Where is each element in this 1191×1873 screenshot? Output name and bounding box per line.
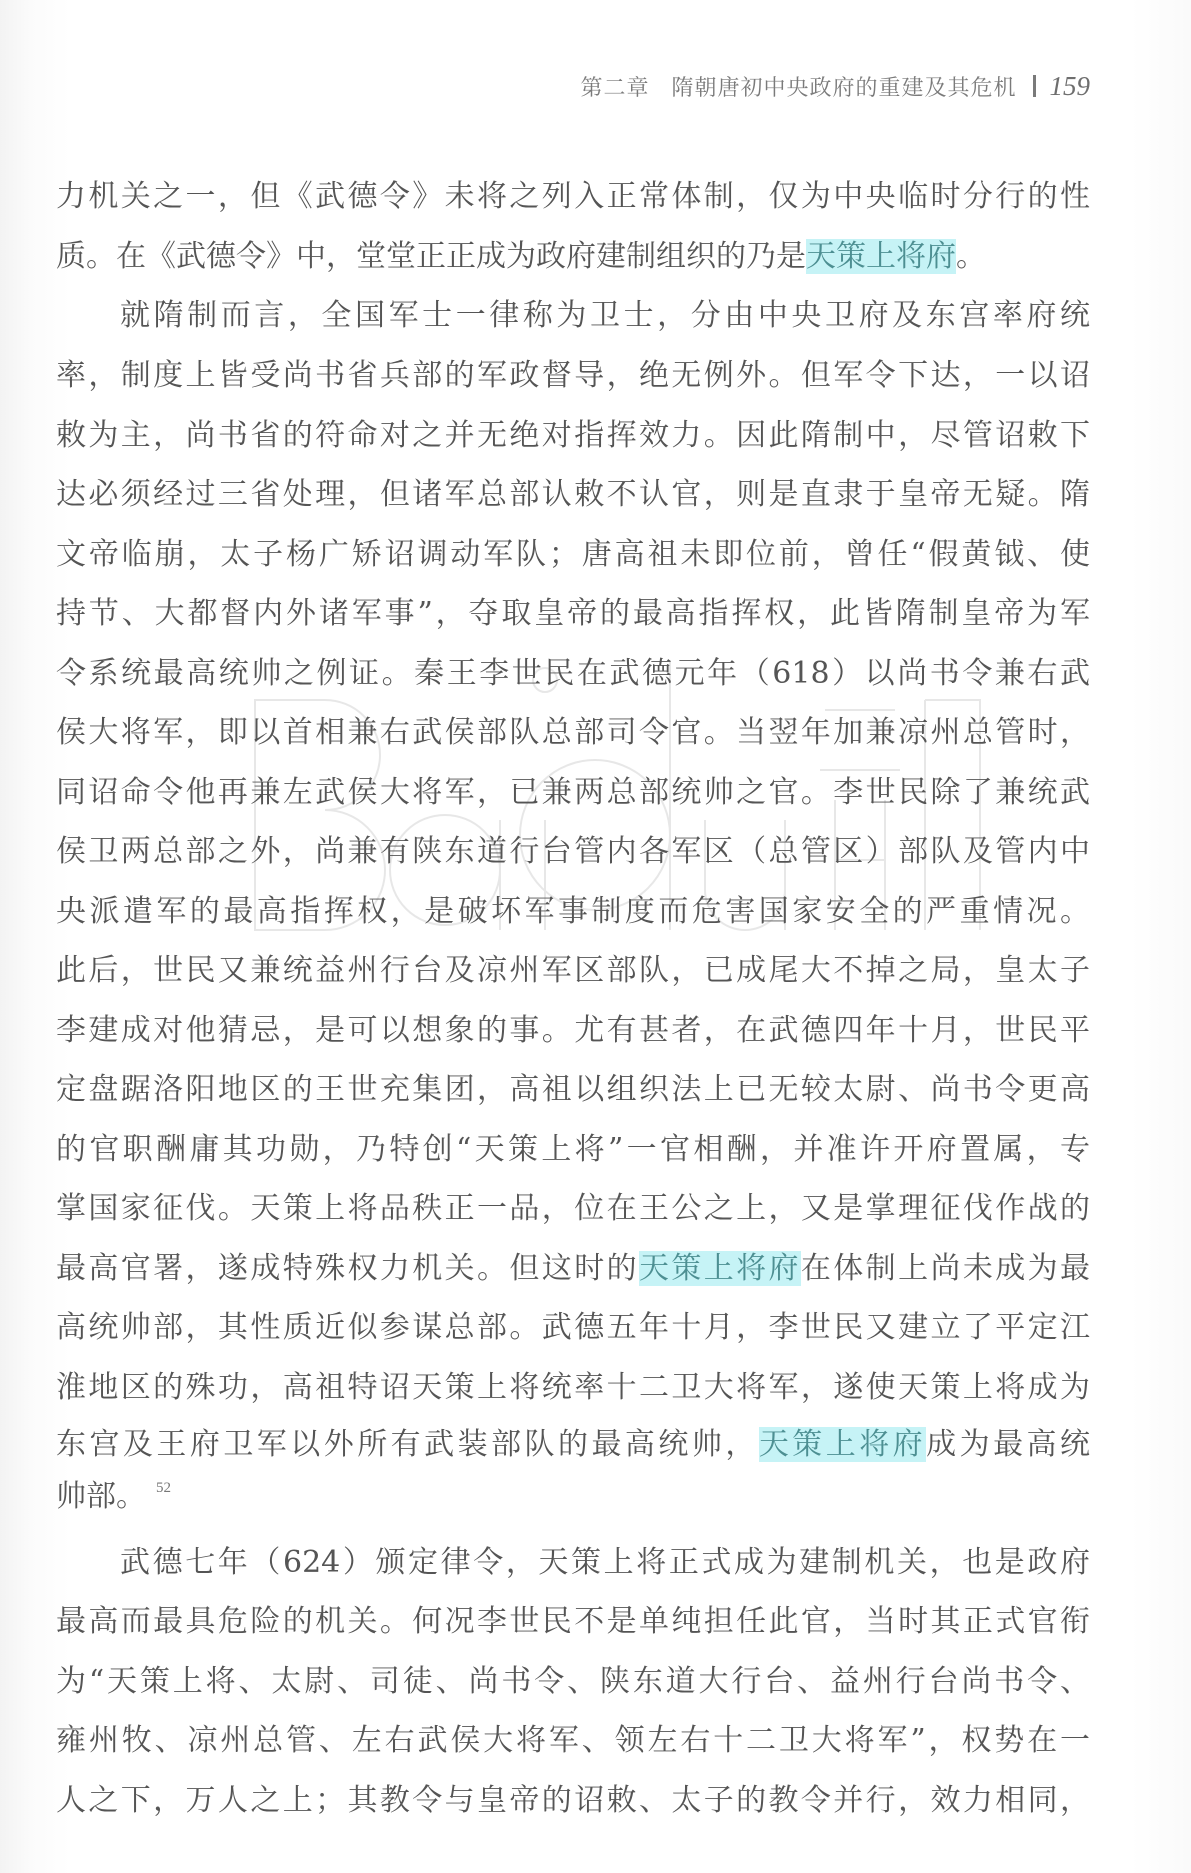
page-number: 159 bbox=[1050, 71, 1091, 102]
text-segment: 高统帅部，其性质近似参谋总部。武德五年十月，李世民又建立了平定江 bbox=[56, 1310, 1090, 1345]
text-segment: 人之下，万人之上；其教令与皇帝的诏敕、太子的教令并行，效力相同， bbox=[56, 1783, 1090, 1818]
highlighted-term: 天策上将府 bbox=[759, 1427, 926, 1462]
text-line: 文帝临崩，太子杨广矫诏调动军队；唐高祖未即位前，曾任“假黄钺、使 bbox=[56, 535, 1090, 575]
text-segment: 为“天策上将、太尉、司徒、尚书令、陕东道大行台、益州行台尚书令、 bbox=[56, 1664, 1090, 1699]
text-line: 最高而最具危险的机关。何况李世民不是单纯担任此官，当时其正式官衔 bbox=[56, 1602, 1090, 1642]
header-separator bbox=[1033, 75, 1036, 97]
text-line: 人之下，万人之上；其教令与皇帝的诏敕、太子的教令并行，效力相同， bbox=[56, 1781, 1090, 1821]
text-segment: 淮地区的殊功，高祖特诏天策上将统率十二卫大将军，遂使天策上将成为 bbox=[56, 1370, 1090, 1405]
text-line: 侯卫两总部之外，尚兼有陕东道行台管内各军区（总管区）部队及管内中 bbox=[56, 832, 1090, 872]
chapter-label: 第二章 bbox=[580, 71, 649, 102]
text-line: 雍州牧、凉州总管、左右武侯大将军、领左右十二卫大将军”，权势在一 bbox=[56, 1721, 1090, 1761]
text-line: 淮地区的殊功，高祖特诏天策上将统率十二卫大将军，遂使天策上将成为 bbox=[56, 1368, 1090, 1408]
text-segment: 雍州牧、凉州总管、左右武侯大将军、领左右十二卫大将军”，权势在一 bbox=[56, 1723, 1090, 1758]
text-line: 此后，世民又兼统益州行台及凉州军区部队，已成尾大不掉之局，皇太子 bbox=[56, 951, 1090, 991]
text-segment: 在体制上尚未成为最 bbox=[801, 1251, 1090, 1286]
text-line: 帅部。52 bbox=[56, 1477, 1090, 1517]
text-line: 侯大将军，即以首相兼右武侯部队总部司令官。当翌年加兼凉州总管时， bbox=[56, 713, 1090, 753]
text-line: 李建成对他猜忌，是可以想象的事。尤有甚者，在武德四年十月，世民平 bbox=[56, 1011, 1090, 1051]
text-line: 东宫及王府卫军以外所有武装部队的最高统帅，天策上将府成为最高统 bbox=[56, 1425, 1090, 1465]
text-segment: 力机关之一，但《武德令》未将之列入正常体制，仅为中央临时分行的性 bbox=[56, 179, 1090, 214]
text-line: 定盘踞洛阳地区的王世充集团，高祖以组织法上已无较太尉、尚书令更高 bbox=[56, 1070, 1090, 1110]
text-line: 持节、大都督内外诸军事”，夺取皇帝的最高指挥权，此皆隋制皇帝为军 bbox=[56, 594, 1090, 634]
text-segment: 同诏命令他再兼左武侯大将军，已兼两总部统帅之官。李世民除了兼统武 bbox=[56, 775, 1090, 810]
text-line: 最高官署，遂成特殊权力机关。但这时的天策上将府在体制上尚未成为最 bbox=[56, 1249, 1090, 1289]
text-segment: 帅部。 bbox=[56, 1479, 146, 1514]
text-segment: 成为最高统 bbox=[926, 1427, 1090, 1462]
text-line: 令系统最高统帅之例证。秦王李世民在武德元年（618）以尚书令兼右武 bbox=[56, 654, 1090, 694]
book-page: 第二章 隋朝唐初中央政府的重建及其危机 159 力机关之一，但《武德令》未将之列… bbox=[0, 0, 1191, 1873]
text-segment: 敕为主，尚书省的符命对之并无绝对指挥效力。因此隋制中，尽管诏敕下 bbox=[56, 418, 1090, 453]
running-header: 第二章 隋朝唐初中央政府的重建及其危机 159 bbox=[580, 68, 1090, 104]
text-segment: 就隋制而言，全国军士一律称为卫士，分由中央卫府及东宫率府统 bbox=[120, 298, 1090, 333]
text-line: 敕为主，尚书省的符命对之并无绝对指挥效力。因此隋制中，尽管诏敕下 bbox=[56, 416, 1090, 456]
text-segment: 令系统最高统帅之例证。秦王李世民在武德元年（618）以尚书令兼右武 bbox=[56, 656, 1090, 691]
text-segment: 率，制度上皆受尚书省兵部的军政督导，绝无例外。但军令下达，一以诏 bbox=[56, 358, 1090, 393]
text-line: 掌国家征伐。天策上将品秩正一品，位在王公之上，又是掌理征伐作战的 bbox=[56, 1189, 1090, 1229]
highlighted-term: 天策上将府 bbox=[639, 1251, 801, 1286]
text-segment: 李建成对他猜忌，是可以想象的事。尤有甚者，在武德四年十月，世民平 bbox=[56, 1013, 1090, 1048]
text-segment: 此后，世民又兼统益州行台及凉州军区部队，已成尾大不掉之局，皇太子 bbox=[56, 953, 1090, 988]
text-line: 为“天策上将、太尉、司徒、尚书令、陕东道大行台、益州行台尚书令、 bbox=[56, 1662, 1090, 1702]
chapter-title: 隋朝唐初中央政府的重建及其危机 bbox=[671, 71, 1016, 102]
text-line: 力机关之一，但《武德令》未将之列入正常体制，仅为中央临时分行的性 bbox=[56, 177, 1090, 217]
text-line: 高统帅部，其性质近似参谋总部。武德五年十月，李世民又建立了平定江 bbox=[56, 1308, 1090, 1348]
text-segment: 武德七年（624）颁定律令，天策上将正式成为建制机关，也是政府 bbox=[120, 1545, 1090, 1580]
text-segment: 最高而最具危险的机关。何况李世民不是单纯担任此官，当时其正式官衔 bbox=[56, 1604, 1090, 1639]
text-segment: 质。在《武德令》中，堂堂正正成为政府建制组织的乃是 bbox=[56, 239, 806, 274]
text-segment: 的官职酬庸其功勋，乃特创“天策上将”一官相酬，并准许开府置属，专 bbox=[56, 1132, 1090, 1167]
text-segment: 侯大将军，即以首相兼右武侯部队总部司令官。当翌年加兼凉州总管时， bbox=[56, 715, 1090, 750]
text-segment: 文帝临崩，太子杨广矫诏调动军队；唐高祖未即位前，曾任“假黄钺、使 bbox=[56, 537, 1090, 572]
text-segment: 央派遣军的最高指挥权，是破坏军事制度而危害国家安全的严重情况。 bbox=[56, 894, 1090, 929]
text-line: 央派遣军的最高指挥权，是破坏军事制度而危害国家安全的严重情况。 bbox=[56, 892, 1090, 932]
highlighted-term: 天策上将府 bbox=[806, 239, 956, 274]
text-segment: 最高官署，遂成特殊权力机关。但这时的 bbox=[56, 1251, 639, 1286]
text-line: 的官职酬庸其功勋，乃特创“天策上将”一官相酬，并准许开府置属，专 bbox=[56, 1130, 1090, 1170]
text-segment: 达必须经过三省处理，但诸军总部认敕不认官，则是直隶于皇帝无疑。隋 bbox=[56, 477, 1090, 512]
text-line: 同诏命令他再兼左武侯大将军，已兼两总部统帅之官。李世民除了兼统武 bbox=[56, 773, 1090, 813]
text-line: 质。在《武德令》中，堂堂正正成为政府建制组织的乃是天策上将府。 bbox=[56, 237, 1090, 277]
text-line: 武德七年（624）颁定律令，天策上将正式成为建制机关，也是政府 bbox=[120, 1543, 1090, 1583]
text-segment: 持节、大都督内外诸军事”，夺取皇帝的最高指挥权，此皆隋制皇帝为军 bbox=[56, 596, 1090, 631]
text-line: 率，制度上皆受尚书省兵部的军政督导，绝无例外。但军令下达，一以诏 bbox=[56, 356, 1090, 396]
text-segment: 。 bbox=[956, 239, 986, 274]
text-segment: 东宫及王府卫军以外所有武装部队的最高统帅， bbox=[56, 1427, 759, 1462]
text-line: 就隋制而言，全国军士一律称为卫士，分由中央卫府及东宫率府统 bbox=[120, 296, 1090, 336]
text-segment: 定盘踞洛阳地区的王世充集团，高祖以组织法上已无较太尉、尚书令更高 bbox=[56, 1072, 1090, 1107]
text-segment: 掌国家征伐。天策上将品秩正一品，位在王公之上，又是掌理征伐作战的 bbox=[56, 1191, 1090, 1226]
footnote-marker[interactable]: 52 bbox=[156, 1480, 171, 1496]
text-line: 达必须经过三省处理，但诸军总部认敕不认官，则是直隶于皇帝无疑。隋 bbox=[56, 475, 1090, 515]
text-segment: 侯卫两总部之外，尚兼有陕东道行台管内各军区（总管区）部队及管内中 bbox=[56, 834, 1090, 869]
